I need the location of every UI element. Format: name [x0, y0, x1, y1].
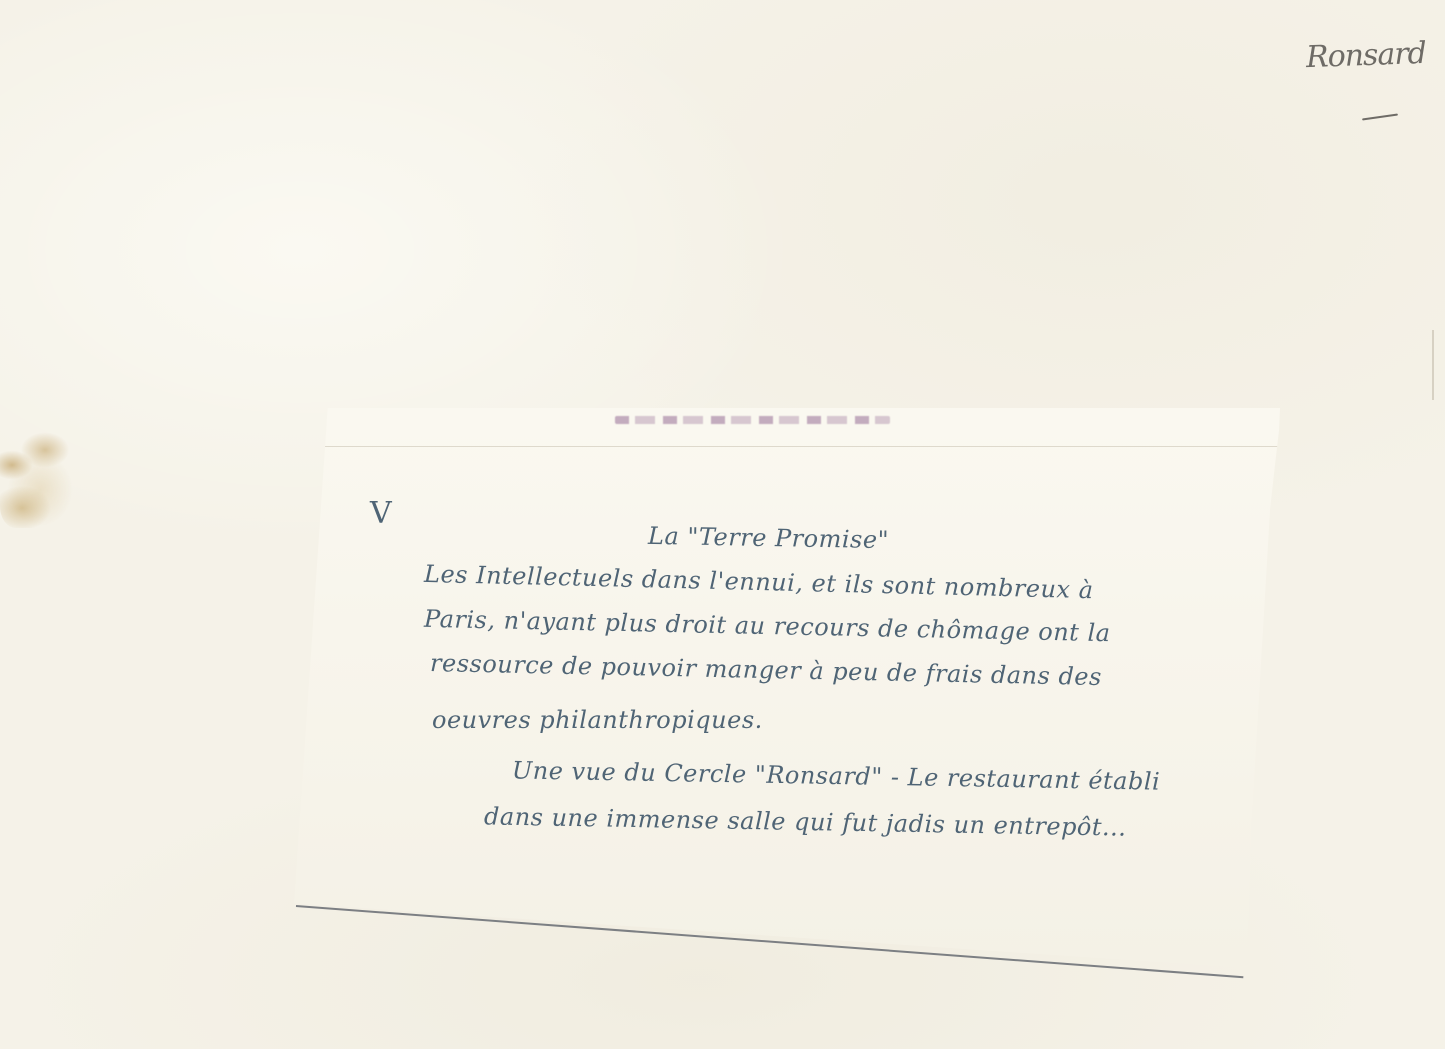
caption-note — [294, 408, 1284, 968]
caption-marker: V — [370, 496, 392, 531]
water-stain — [0, 420, 78, 528]
corner-pencil-annotation: Ronsard — [1305, 36, 1426, 75]
caption-title: La "Terre Promise" — [648, 522, 890, 554]
paper-crease — [1432, 330, 1434, 400]
faded-stamp — [615, 416, 890, 424]
caption-line: oeuvres philanthropiques. — [432, 706, 763, 734]
